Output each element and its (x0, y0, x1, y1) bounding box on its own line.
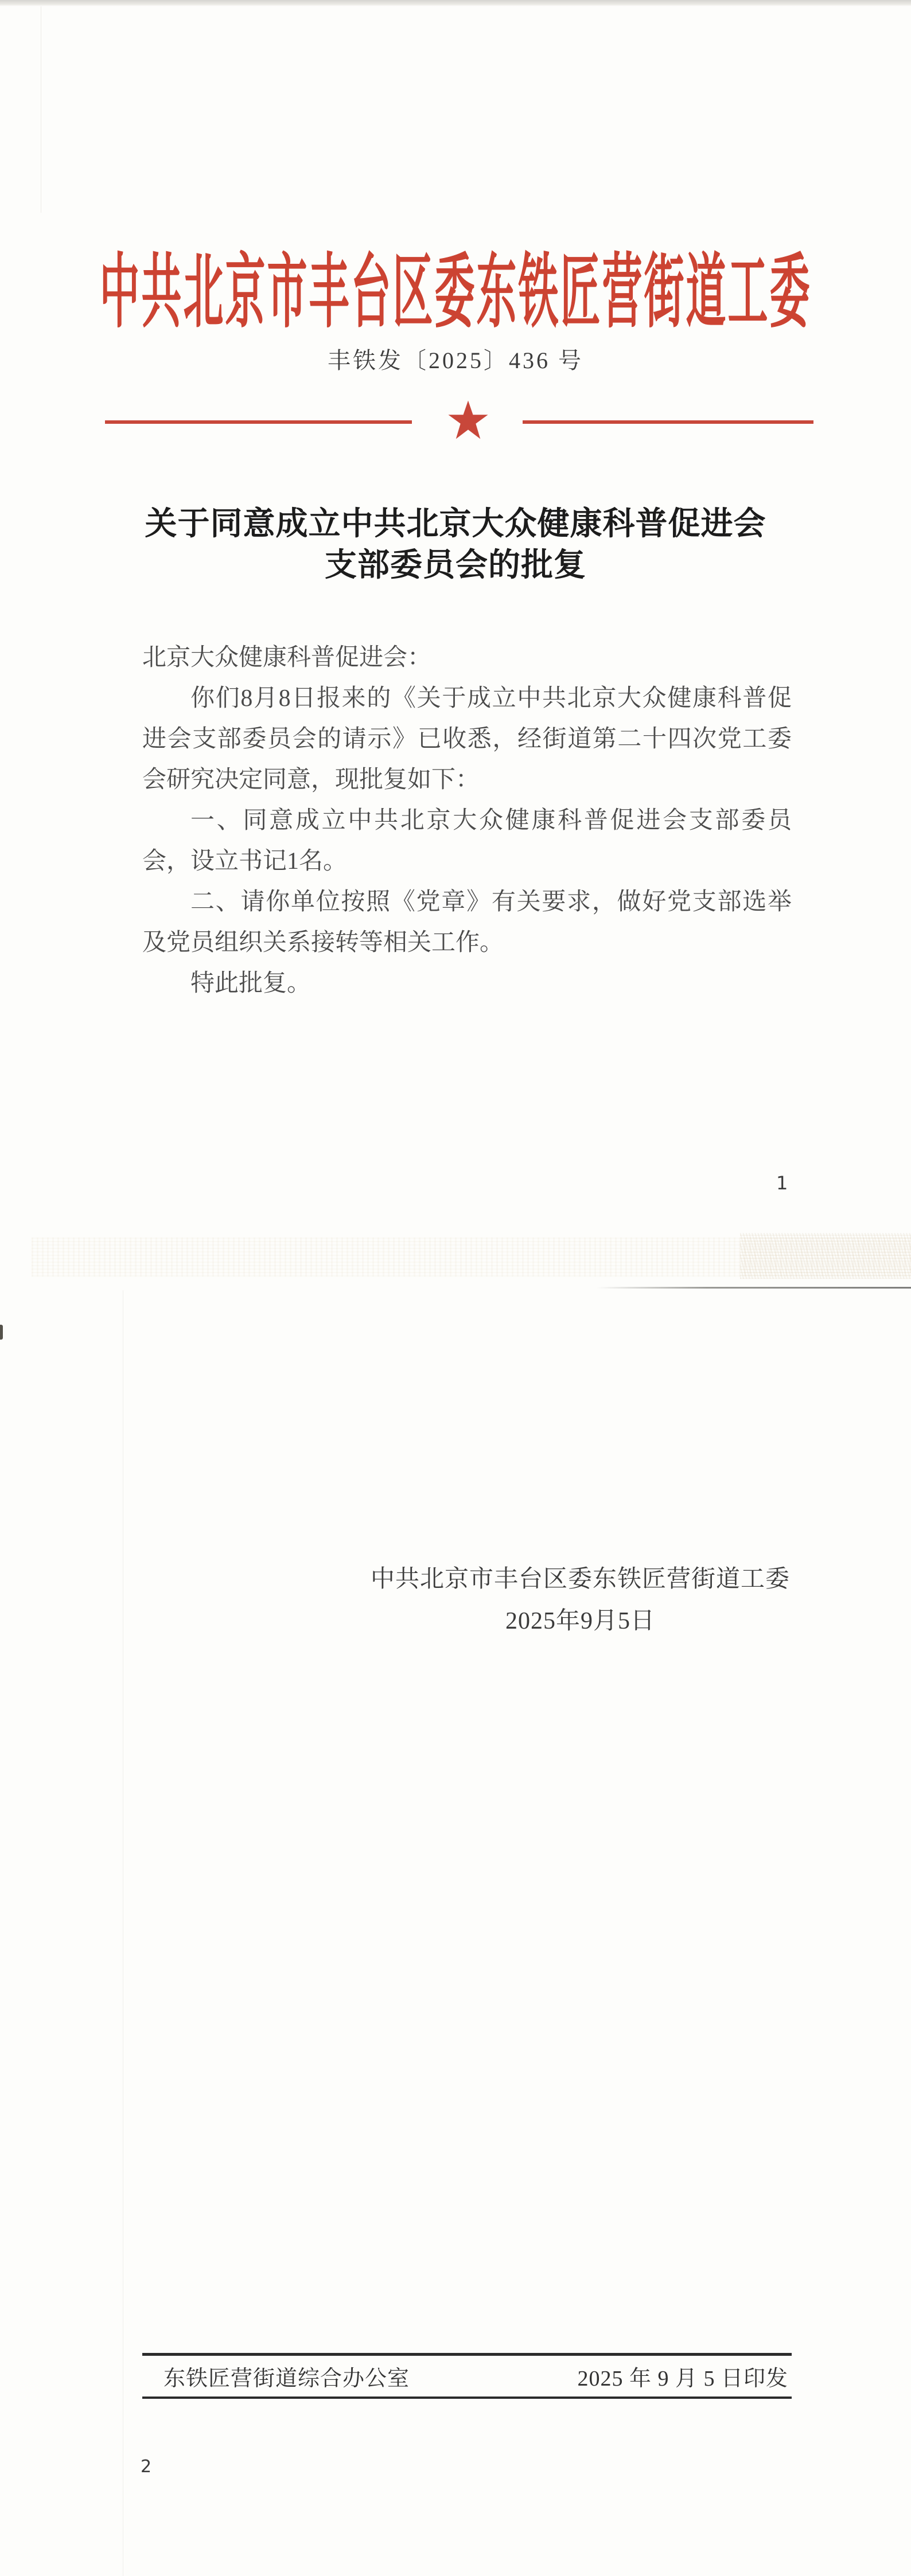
document-title-line1: 关于同意成立中共北京大众健康科普促进会 (0, 504, 911, 545)
scan-artifact-vertical-line (41, 6, 41, 213)
scanned-document: 中共北京市丰台区委东铁匠营街道工委 丰铁发〔2025〕436 号 关于同意成立中… (0, 0, 911, 2576)
footer-print-date: 2025 年 9 月 5 日印发 (577, 2360, 788, 2392)
body-paragraph: 二、请你单位按照《党章》有关要求，做好党支部选举及党员组织关系接转等相关工作。 (142, 882, 792, 963)
footer-issuance-bar: 东铁匠营街道综合办公室 2025 年 9 月 5 日印发 (142, 2353, 792, 2399)
document-number: 丰铁发〔2025〕436 号 (0, 342, 911, 375)
document-title: 关于同意成立中共北京大众健康科普促进会 支部委员会的批复 (0, 504, 911, 586)
footer-issuer: 东铁匠营街道综合办公室 (163, 2360, 410, 2392)
page-break-line (597, 1287, 911, 1289)
scan-artifact-spot (0, 1325, 3, 1340)
star-divider-left-rule (105, 420, 412, 424)
page-break-speckle-band (740, 1233, 911, 1279)
red-star-icon (447, 400, 489, 441)
signature-block: 中共北京市丰台区委东铁匠营街道工委 2025年9月5日 (371, 1559, 790, 1642)
document-body: 北京大众健康科普促进会： 你们8月8日报来的《关于成立中共北京大众健康科普促进会… (142, 638, 792, 1004)
salutation: 北京大众健康科普促进会： (142, 638, 792, 678)
page-number-2: 2 (141, 2457, 151, 2477)
letterhead-org-title: 中共北京市丰台区委东铁匠营街道工委 (100, 227, 812, 344)
scan-artifact-vertical-line (123, 1290, 123, 2576)
body-paragraph: 特此批复。 (142, 963, 792, 1004)
scanner-edge-band (0, 0, 911, 6)
document-title-line2: 支部委员会的批复 (0, 545, 911, 586)
letterhead: 中共北京市丰台区委东铁匠营街道工委 (0, 227, 911, 325)
body-paragraph: 你们8月8日报来的《关于成立中共北京大众健康科普促进会支部委员会的请示》已收悉，… (142, 678, 792, 801)
star-divider-right-rule (523, 420, 813, 424)
page-number-1: 1 (776, 1172, 788, 1194)
signature-date: 2025年9月5日 (371, 1601, 790, 1642)
body-paragraph: 一、同意成立中共北京大众健康科普促进会支部委员会，设立书记1名。 (142, 801, 792, 882)
signature-org: 中共北京市丰台区委东铁匠营街道工委 (371, 1559, 790, 1601)
